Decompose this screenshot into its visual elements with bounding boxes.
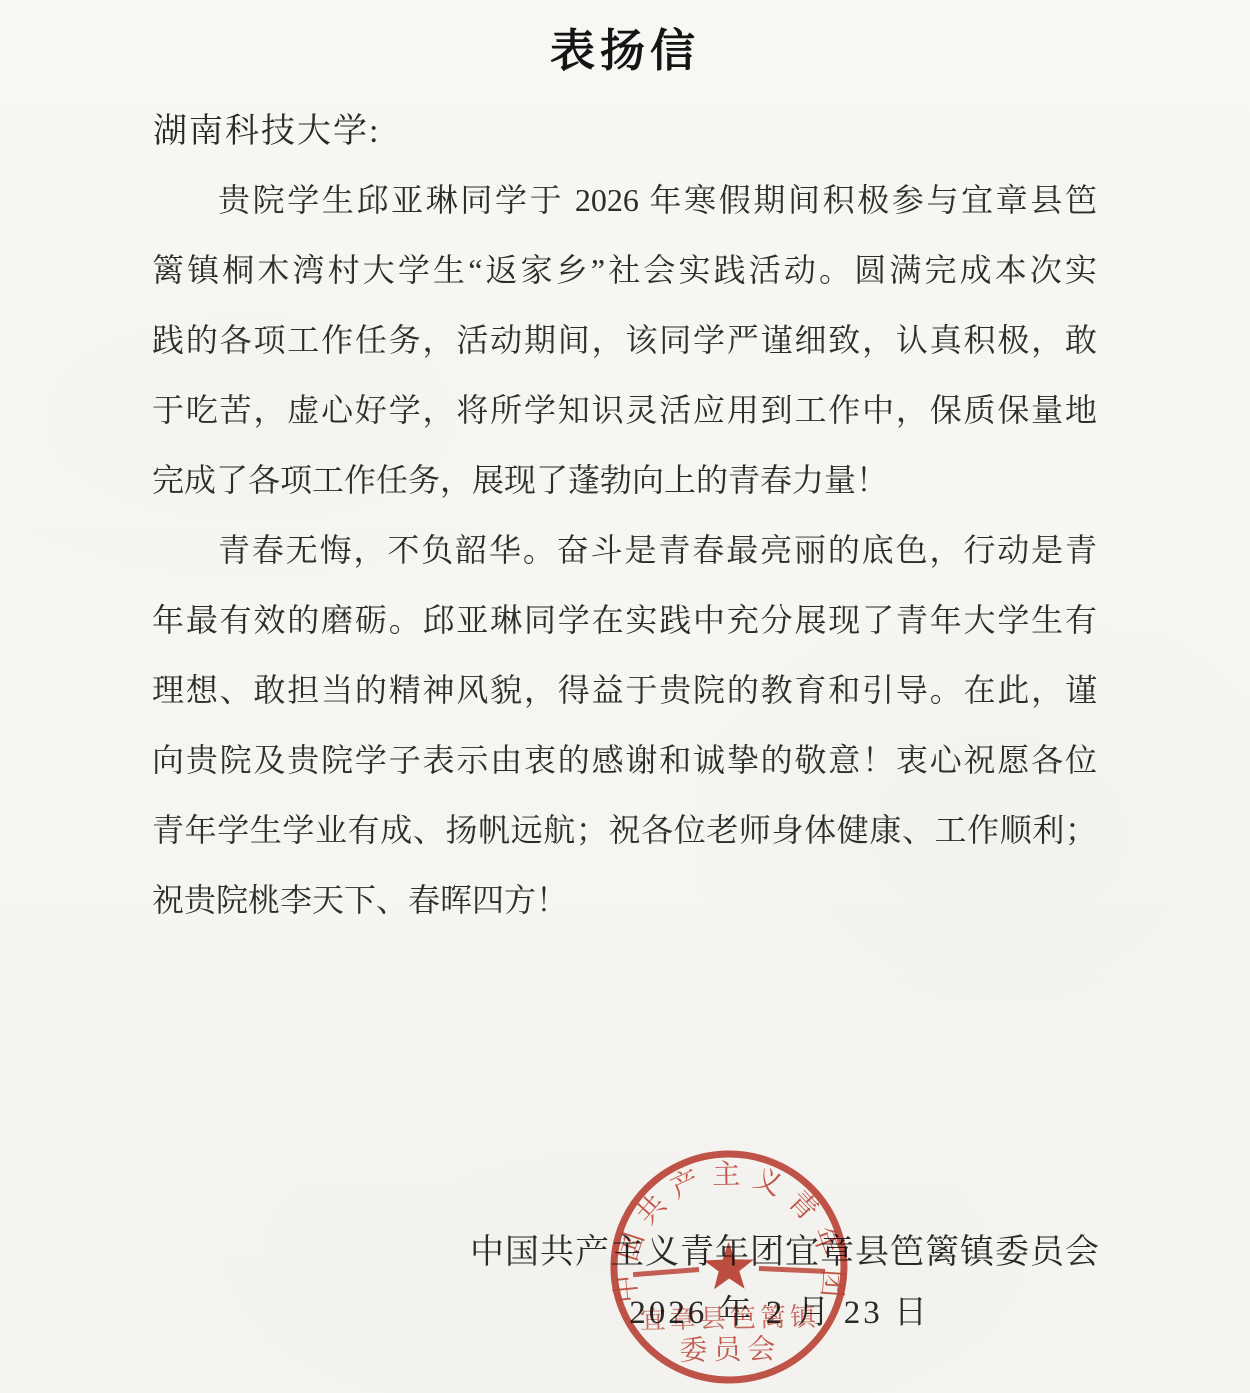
body-line: 祝贵院桃李天下、春晖四方！ (152, 865, 1097, 935)
body-line: 青春无悔，不负韶华。奋斗是青春最亮丽的底色，行动是青 (152, 515, 1097, 585)
body-line: 理想、敢担当的精神风貌，得益于贵院的教育和引导。在此，谨 (152, 655, 1097, 725)
body-line: 完成了各项工作任务，展现了蓬勃向上的青春力量！ (152, 445, 1097, 515)
body-line: 青年学生学业有成、扬帆远航；祝各位老师身体健康、工作顺利； (152, 795, 1097, 865)
body-line: 年最有效的磨砺。邱亚琳同学在实践中充分展现了青年大学生有 (152, 585, 1097, 655)
commendation-letter-page: 表扬信 湖南科技大学: 贵院学生邱亚琳同学于 2026 年寒假期间积极参与宜章县… (0, 0, 1250, 1393)
body-line: 贵院学生邱亚琳同学于 2026 年寒假期间积极参与宜章县笆 (152, 165, 1097, 235)
official-red-seal: 中国共产主义青年团 宜章县笆篱镇 委员会 (605, 1143, 855, 1393)
svg-text:中国共产主义青年团: 中国共产主义青年团 (607, 1157, 848, 1305)
seal-star-icon (704, 1242, 755, 1290)
letter-title: 表扬信 (0, 14, 1250, 79)
body-line: 向贵院及贵院学子表示由衷的感谢和诚挚的敬意！衷心祝愿各位 (152, 725, 1097, 795)
body-line: 于吃苦，虚心好学，将所学知识灵活应用到工作中，保质保量地 (152, 375, 1097, 445)
body-line: 篱镇桐木湾村大学生“返家乡”社会实践活动。圆满完成本次实 (152, 235, 1097, 305)
salutation: 湖南科技大学: (153, 103, 380, 152)
letter-body: 贵院学生邱亚琳同学于 2026 年寒假期间积极参与宜章县笆 篱镇桐木湾村大学生“… (152, 165, 1097, 935)
seal-arc-text: 中国共产主义青年团 (607, 1157, 848, 1305)
seal-middle-text: 宜章县笆篱镇 (640, 1302, 820, 1334)
body-line: 践的各项工作任务，活动期间，该同学严谨细致，认真积极，敢 (152, 305, 1097, 375)
seal-right-bar (759, 1267, 825, 1272)
seal-bottom-text: 委员会 (679, 1333, 782, 1367)
seal-left-bar (633, 1270, 699, 1275)
